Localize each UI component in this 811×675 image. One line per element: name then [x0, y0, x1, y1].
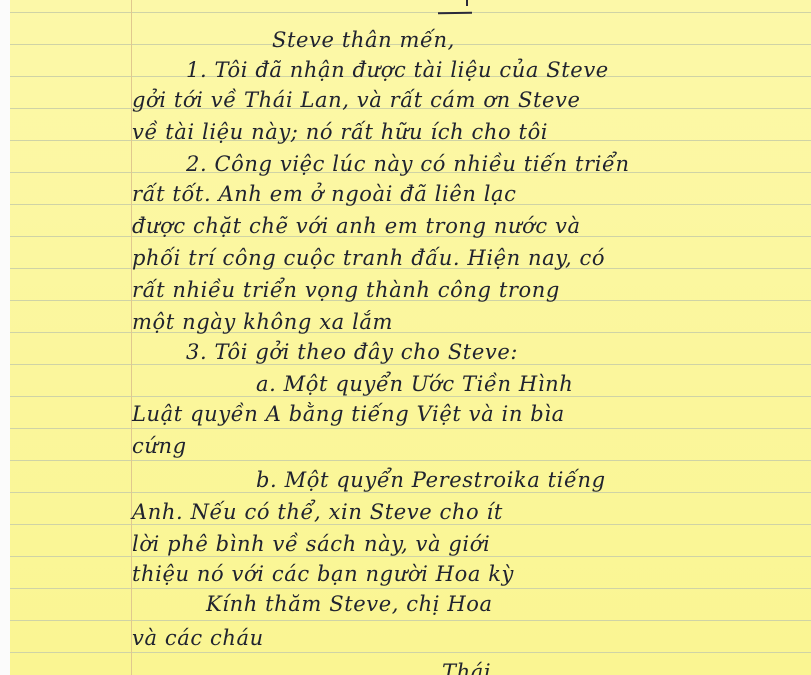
top-ink-mark — [466, 0, 468, 6]
letter-line: 2. Công việc lúc này có nhiều tiến triển — [186, 154, 630, 175]
salutation: Steve thân mến, — [272, 30, 455, 51]
letter-line: rất nhiều triển vọng thành công trong — [132, 280, 560, 301]
letter-line: thiệu nó với các bạn người Hoa kỳ — [132, 564, 514, 585]
letter-line: được chặt chẽ với anh em trong nước và — [132, 216, 581, 237]
closing-line: và các cháu — [132, 628, 264, 649]
letter-line: gởi tới về Thái Lan, và rất cám ơn Steve — [132, 90, 581, 111]
letter-line: về tài liệu này; nó rất hữu ích cho tôi — [132, 122, 548, 143]
top-underline-mark — [438, 12, 472, 15]
letter-line: phối trí công cuộc tranh đấu. Hiện nay, … — [132, 248, 605, 269]
letter-line: Anh. Nếu có thể, xin Steve cho ít — [132, 502, 503, 523]
letter-line: lời phê bình về sách này, và giới — [132, 534, 490, 555]
letter-line: một ngày không xa lắm — [132, 312, 393, 333]
letter-line: rất tốt. Anh em ở ngoài đã liên lạc — [132, 184, 517, 205]
letter-line: cứng — [132, 436, 187, 457]
letter-line: 1. Tôi đã nhận được tài liệu của Steve — [186, 60, 609, 81]
letter-line: b. Một quyển Perestroika tiếng — [256, 470, 606, 491]
closing-line: Kính thăm Steve, chị Hoa — [206, 594, 493, 615]
letter-line: 3. Tôi gởi theo đây cho Steve: — [186, 342, 518, 363]
letter-line: Luật quyền A bằng tiếng Việt và in bìa — [132, 404, 565, 425]
signature: Thái — [442, 662, 491, 675]
letter-line: a. Một quyển Ước Tiền Hình — [256, 374, 573, 395]
legal-pad-sheet: Steve thân mến, 1. Tôi đã nhận được tài … — [10, 0, 811, 675]
